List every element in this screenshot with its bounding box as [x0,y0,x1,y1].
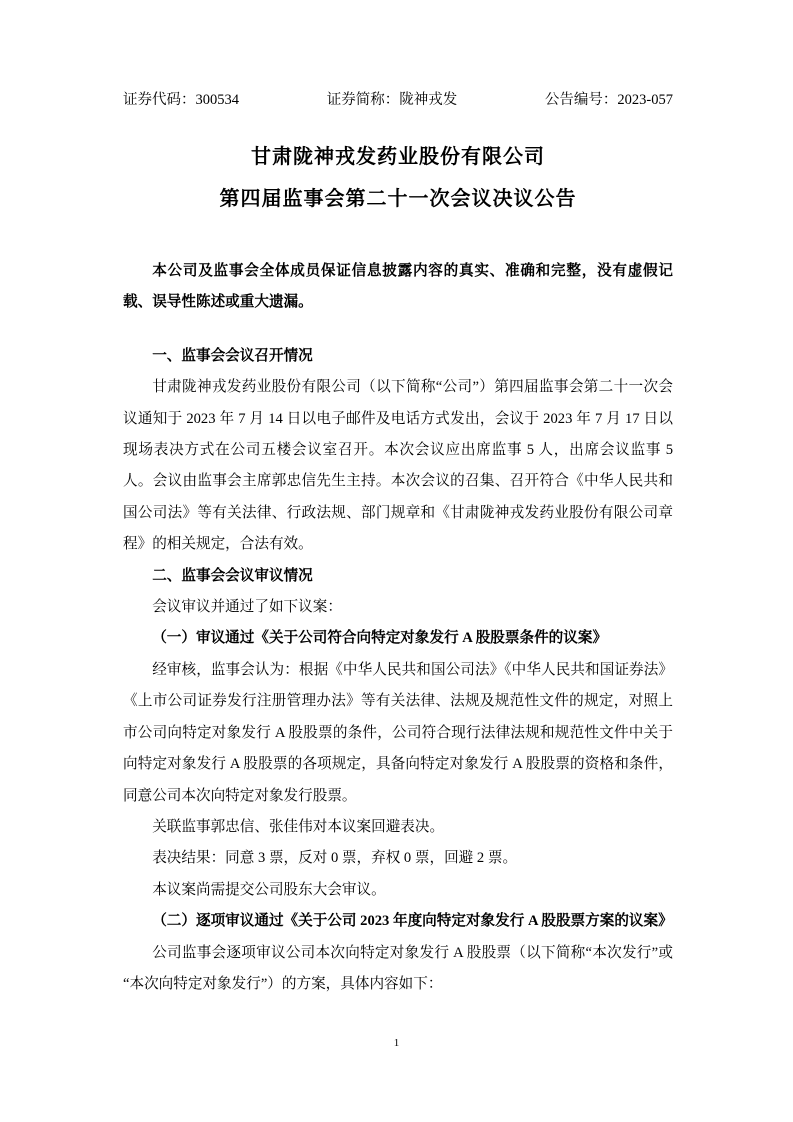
document-header: 证券代码：300534 证券简称：陇神戎发 公告编号：2023-057 [123,90,673,110]
section1-heading: 一、监事会会议召开情况 [123,341,673,372]
stock-code: 证券代码：300534 [123,90,239,110]
stock-name: 证券简称：陇神戎发 [327,90,458,110]
document-page: 证券代码：300534 证券简称：陇神戎发 公告编号：2023-057 甘肃陇神… [0,0,793,1122]
announcement-title: 第四届监事会第二十一次会议决议公告 [123,178,673,220]
item2-heading: （二）逐项审议通过《关于公司 2023 年度向特定对象发行 A 股股票方案的议案… [123,906,673,937]
item1-note: 本议案尚需提交公司股东大会审议。 [123,875,673,906]
item1-recusal: 关联监事郭忠信、张佳伟对本议案回避表决。 [123,812,673,843]
company-title: 甘肃陇神戎发药业股份有限公司 [123,136,673,178]
section1-paragraph: 甘肃陇神戎发药业股份有限公司（以下简称“公司”）第四届监事会第二十一次会议通知于… [123,372,673,560]
item1-paragraph: 经审核，监事会认为：根据《中华人民共和国公司法》《中华人民共和国证券法》《上市公… [123,655,673,812]
page-number: 1 [0,1036,793,1050]
item2-paragraph: 公司监事会逐项审议公司本次向特定对象发行 A 股股票（以下简称“本次发行”或“本… [123,938,673,1001]
announcement-number: 公告编号：2023-057 [545,90,673,110]
disclaimer-paragraph: 本公司及监事会全体成员保证信息披露内容的真实、准确和完整，没有虚假记载、误导性陈… [123,256,673,319]
section2-intro: 会议审议并通过了如下议案： [123,592,673,623]
item1-vote-result: 表决结果：同意 3 票，反对 0 票，弃权 0 票，回避 2 票。 [123,843,673,874]
section2-heading: 二、监事会会议审议情况 [123,561,673,592]
item1-heading: （一）审议通过《关于公司符合向特定对象发行 A 股股票条件的议案》 [123,623,673,654]
